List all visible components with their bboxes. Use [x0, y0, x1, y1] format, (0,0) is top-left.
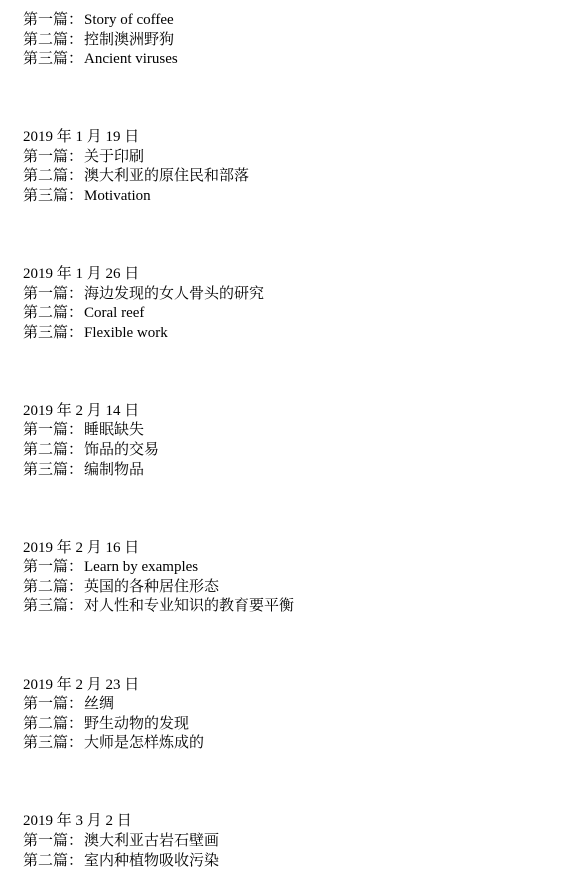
document-page: 第一篇：Story of coffee 第二篇：控制澳洲野狗 第三篇：Ancie… — [0, 0, 585, 871]
entry-label: 第二篇： — [23, 853, 83, 869]
entry-label: 第一篇： — [23, 833, 83, 849]
entry-label: 第二篇： — [23, 442, 83, 458]
entry-label: 第一篇： — [23, 559, 83, 575]
section-date: 2019 年 3 月 2 日 — [23, 812, 565, 832]
entry-title: 英国的各种居住形态 — [84, 579, 219, 595]
article-list-section: 第一篇：Story of coffee 第二篇：控制澳洲野狗 第三篇：Ancie… — [23, 11, 565, 70]
entry-line: 第二篇：Coral reef — [23, 304, 565, 324]
entry-line: 第二篇：室内种植物吸收污染 — [23, 852, 565, 872]
section-date: 2019 年 2 月 14 日 — [23, 402, 565, 422]
entry-label: 第三篇： — [23, 598, 83, 614]
entry-line: 第一篇：睡眠缺失 — [23, 421, 565, 441]
entry-line: 第三篇：Motivation — [23, 187, 565, 207]
entry-line: 第一篇：关于印刷 — [23, 148, 565, 168]
entry-title: 对人性和专业知识的教育要平衡 — [84, 598, 294, 614]
entry-line: 第一篇：澳大利亚古岩石壁画 — [23, 832, 565, 852]
section-date: 2019 年 2 月 16 日 — [23, 539, 565, 559]
entry-title: 海边发现的女人骨头的研究 — [84, 286, 264, 302]
entry-line: 第一篇：Story of coffee — [23, 11, 565, 31]
article-list-section: 2019 年 2 月 16 日 第一篇：Learn by examples 第二… — [23, 539, 565, 617]
entry-title: 野生动物的发现 — [84, 716, 189, 732]
entry-title: 澳大利亚的原住民和部落 — [84, 168, 249, 184]
entry-label: 第三篇： — [23, 51, 83, 67]
entry-title: Motivation — [84, 188, 151, 204]
entry-line: 第二篇：控制澳洲野狗 — [23, 31, 565, 51]
entry-title: 室内种植物吸收污染 — [84, 853, 219, 869]
entry-line: 第一篇：Learn by examples — [23, 558, 565, 578]
entry-line: 第三篇：对人性和专业知识的教育要平衡 — [23, 597, 565, 617]
entry-label: 第一篇： — [23, 12, 83, 28]
section-date: 2019 年 1 月 19 日 — [23, 128, 565, 148]
entry-line: 第二篇：野生动物的发现 — [23, 715, 565, 735]
entry-label: 第二篇： — [23, 305, 83, 321]
article-list-section: 2019 年 2 月 14 日 第一篇：睡眠缺失 第二篇：饰品的交易 第三篇：编… — [23, 402, 565, 480]
entry-title: 编制物品 — [84, 462, 144, 478]
entry-line: 第三篇：大师是怎样炼成的 — [23, 734, 565, 754]
entry-line: 第三篇：Ancient viruses — [23, 50, 565, 70]
entry-label: 第二篇： — [23, 579, 83, 595]
entry-label: 第二篇： — [23, 168, 83, 184]
entry-label: 第一篇： — [23, 422, 83, 438]
entry-label: 第三篇： — [23, 735, 83, 751]
entry-label: 第一篇： — [23, 149, 83, 165]
entry-line: 第一篇：海边发现的女人骨头的研究 — [23, 285, 565, 305]
entry-title: 控制澳洲野狗 — [84, 32, 174, 48]
entry-line: 第二篇：英国的各种居住形态 — [23, 578, 565, 598]
entry-title: Learn by examples — [84, 559, 198, 575]
entry-label: 第三篇： — [23, 325, 83, 341]
section-date: 2019 年 1 月 26 日 — [23, 265, 565, 285]
article-list-section: 2019 年 1 月 19 日 第一篇：关于印刷 第二篇：澳大利亚的原住民和部落… — [23, 128, 565, 206]
entry-title: 澳大利亚古岩石壁画 — [84, 833, 219, 849]
entry-label: 第二篇： — [23, 716, 83, 732]
entry-title: 大师是怎样炼成的 — [84, 735, 204, 751]
entry-line: 第二篇：澳大利亚的原住民和部落 — [23, 167, 565, 187]
article-list-section: 2019 年 2 月 23 日 第一篇：丝绸 第二篇：野生动物的发现 第三篇：大… — [23, 676, 565, 754]
entry-line: 第二篇：饰品的交易 — [23, 441, 565, 461]
entry-title: 丝绸 — [84, 696, 114, 712]
entry-title: 饰品的交易 — [84, 442, 159, 458]
entry-title: Coral reef — [84, 305, 144, 321]
section-date: 2019 年 2 月 23 日 — [23, 676, 565, 696]
entry-line: 第三篇：Flexible work — [23, 324, 565, 344]
entry-label: 第三篇： — [23, 462, 83, 478]
article-list-section: 2019 年 3 月 2 日 第一篇：澳大利亚古岩石壁画 第二篇：室内种植物吸收… — [23, 812, 565, 871]
entry-label: 第一篇： — [23, 286, 83, 302]
entry-label: 第三篇： — [23, 188, 83, 204]
entry-line: 第一篇：丝绸 — [23, 695, 565, 715]
entry-label: 第二篇： — [23, 32, 83, 48]
entry-title: Story of coffee — [84, 12, 174, 28]
entry-line: 第三篇：编制物品 — [23, 461, 565, 481]
entry-title: Flexible work — [84, 325, 168, 341]
entry-title: 睡眠缺失 — [84, 422, 144, 438]
entry-title: 关于印刷 — [84, 149, 144, 165]
entry-title: Ancient viruses — [84, 51, 178, 67]
article-list-section: 2019 年 1 月 26 日 第一篇：海边发现的女人骨头的研究 第二篇：Cor… — [23, 265, 565, 343]
entry-label: 第一篇： — [23, 696, 83, 712]
